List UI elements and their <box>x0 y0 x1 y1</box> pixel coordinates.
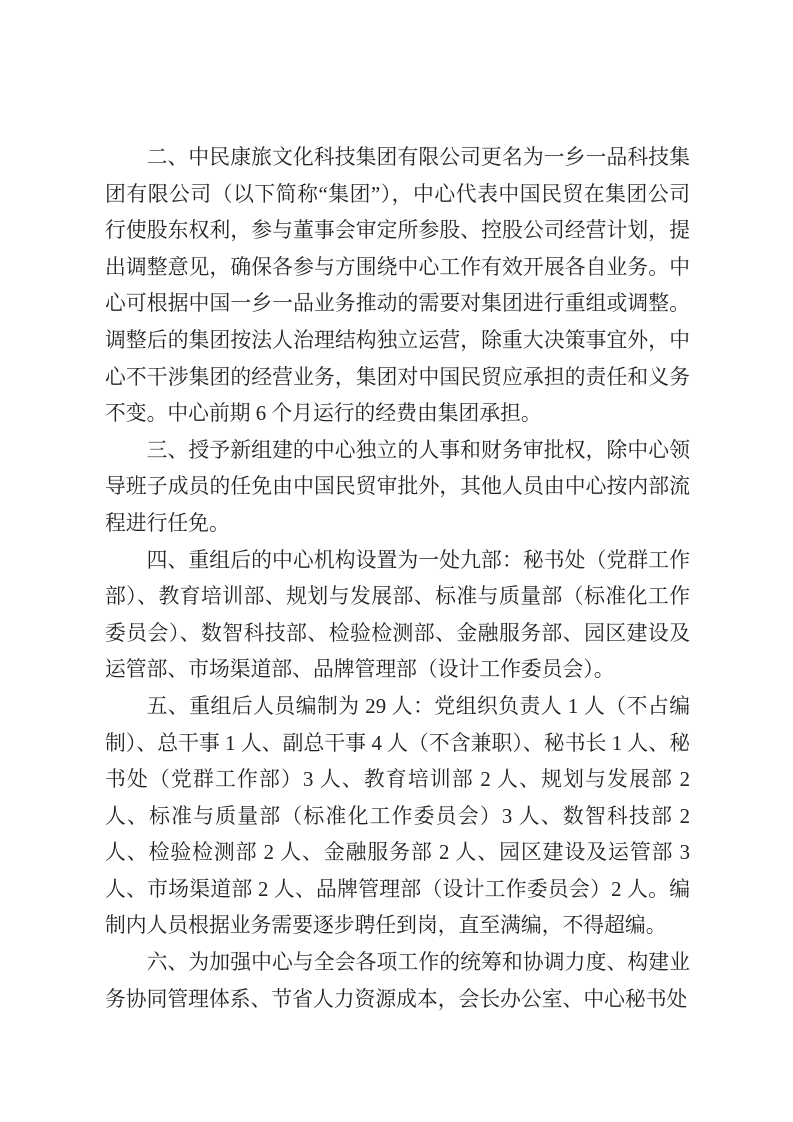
paragraph-section-4: 四、重组后的中心机构设置为一处九部：秘书处（党群工作部）、教育培训部、规划与发展… <box>105 543 690 689</box>
paragraph-section-6: 六、为加强中心与全会各项工作的统筹和协调力度、构建业务协同管理体系、节省人力资源… <box>105 945 690 1018</box>
paragraph-section-2: 二、中民康旅文化科技集团有限公司更名为一乡一品科技集团有限公司（以下简称“集团”… <box>105 140 690 433</box>
paragraph-section-5: 五、重组后人员编制为 29 人：党组织负责人 1 人（不占编制）、总干事 1 人… <box>105 689 690 945</box>
document-page: 二、中民康旅文化科技集团有限公司更名为一乡一品科技集团有限公司（以下简称“集团”… <box>0 0 793 1122</box>
paragraph-section-3: 三、授予新组建的中心独立的人事和财务审批权，除中心领导班子成员的任免由中国民贸审… <box>105 433 690 543</box>
document-text-body: 二、中民康旅文化科技集团有限公司更名为一乡一品科技集团有限公司（以下简称“集团”… <box>105 140 690 1018</box>
